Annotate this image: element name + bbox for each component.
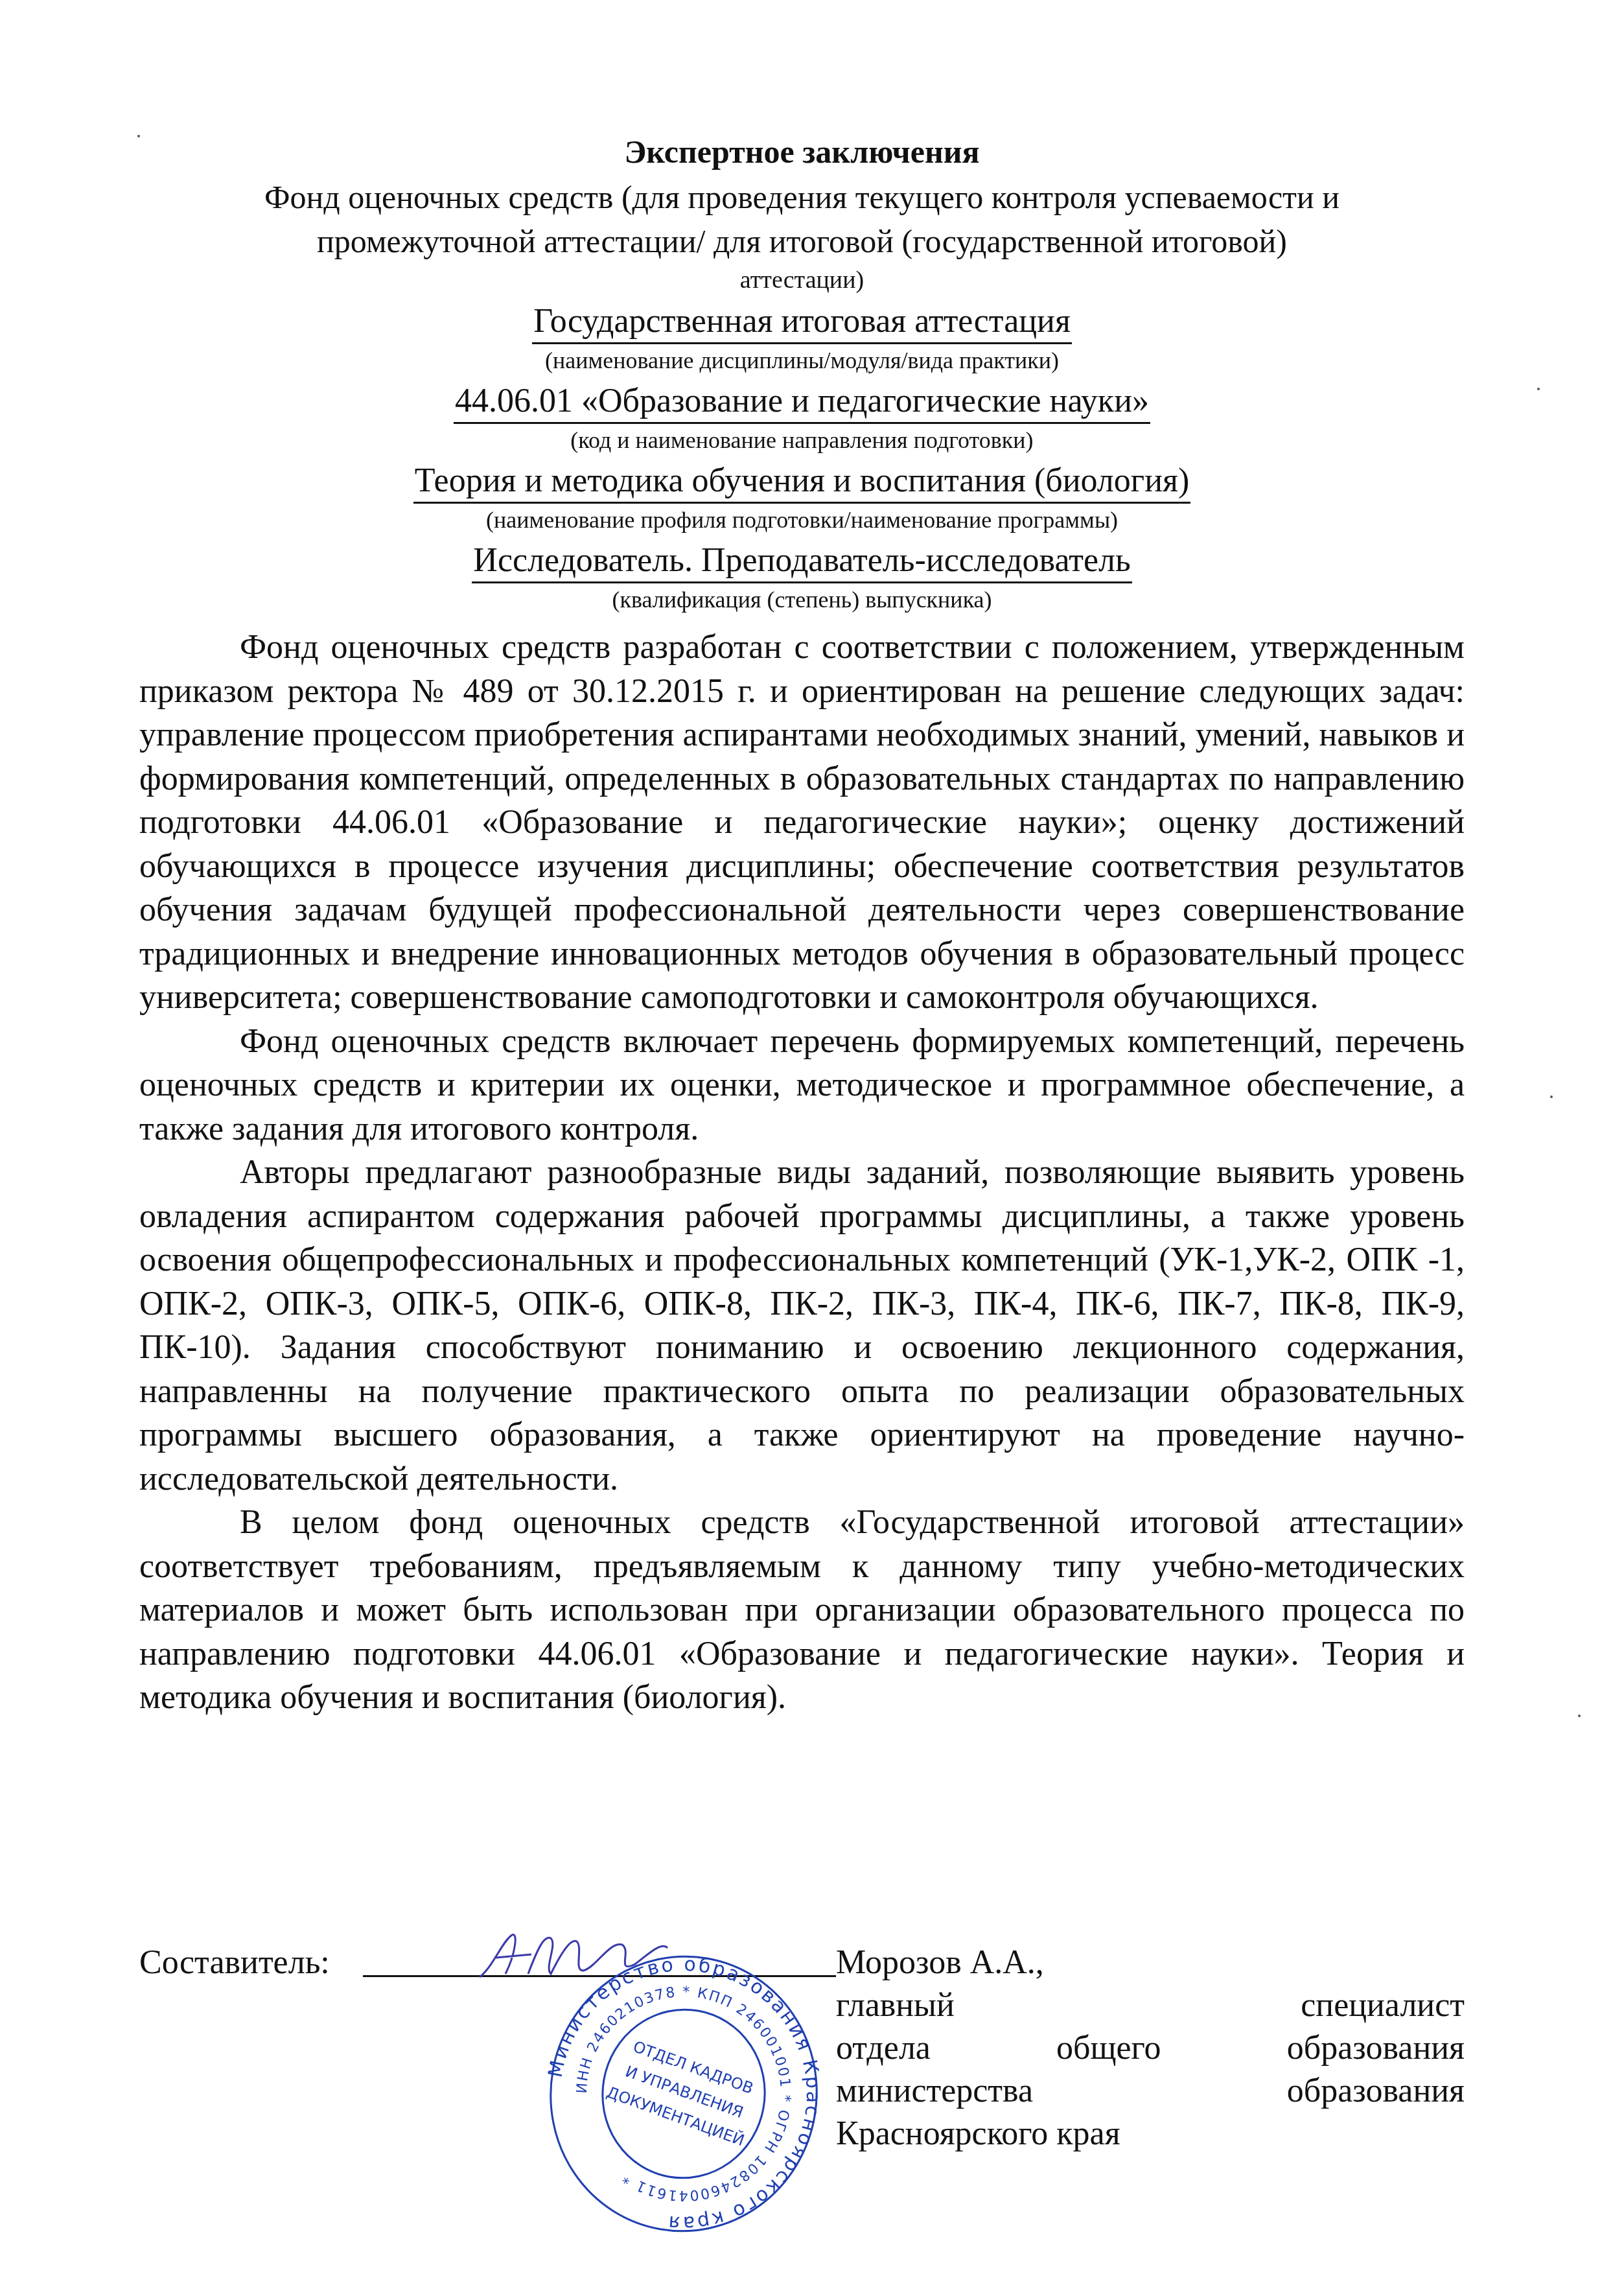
document-body: Фонд оценочных средств разработан с соот… — [139, 626, 1465, 1720]
field-qualification-caption: (квалификация (степень) выпускника) — [139, 583, 1465, 616]
field-qualification-value: Исследователь. Преподаватель-исследовате… — [472, 540, 1131, 583]
document-subtitle-line2: промежуточной аттестации/ для итоговой (… — [139, 219, 1465, 263]
signer-position-line: отдела общего образования — [836, 2027, 1465, 2070]
field-direction-value: 44.06.01 «Образование и педагогические н… — [454, 381, 1150, 424]
field-qualification: Исследователь. Преподаватель-исследовате… — [139, 536, 1465, 616]
field-direction: 44.06.01 «Образование и педагогические н… — [139, 377, 1465, 456]
scan-speck — [1578, 1715, 1581, 1717]
document-subtitle-line3: аттестации) — [139, 263, 1465, 297]
body-paragraph: Фонд оценочных средств разработан с соот… — [139, 626, 1465, 1020]
signer-position-line: министерства образования — [836, 2070, 1465, 2113]
body-paragraph: Авторы предлагают разнообразные виды зад… — [139, 1151, 1465, 1501]
document-header: Экспертное заключения Фонд оценочных сре… — [139, 123, 1465, 616]
signer-position-line: Красноярского края — [836, 2113, 1465, 2155]
scan-speck — [137, 135, 140, 137]
signer-name: Морозов А.А., — [836, 1941, 1044, 1984]
scan-speck — [1550, 1096, 1553, 1098]
body-paragraph: В целом фонд оценочных средств «Государс… — [139, 1501, 1465, 1720]
document-page: Экспертное заключения Фонд оценочных сре… — [0, 0, 1624, 2285]
field-discipline-value: Государственная итоговая аттестация — [532, 301, 1072, 344]
signer-position-line: главный специалист — [836, 1984, 1465, 2027]
official-stamp-icon: Министерство образования Красноярского к… — [541, 1951, 826, 2236]
signature-label: Составитель: — [139, 1941, 330, 1984]
field-direction-caption: (код и наименование направления подготов… — [139, 424, 1465, 456]
field-profile: Теория и методика обучения и воспитания … — [139, 456, 1465, 536]
scan-speck — [1537, 388, 1540, 390]
body-paragraph: Фонд оценочных средств включает перечень… — [139, 1020, 1465, 1151]
field-profile-value: Теория и методика обучения и воспитания … — [413, 460, 1190, 504]
document-title: Экспертное заключения — [139, 128, 1465, 175]
field-discipline-caption: (наименование дисциплины/модуля/вида пра… — [139, 344, 1465, 377]
field-profile-caption: (наименование профиля подготовки/наимено… — [139, 504, 1465, 536]
document-subtitle-line1: Фонд оценочных средств (для проведения т… — [139, 175, 1465, 219]
field-discipline: Государственная итоговая аттестация (наи… — [139, 297, 1465, 377]
signer-position: главный специалист отдела общего образов… — [836, 1984, 1465, 2155]
